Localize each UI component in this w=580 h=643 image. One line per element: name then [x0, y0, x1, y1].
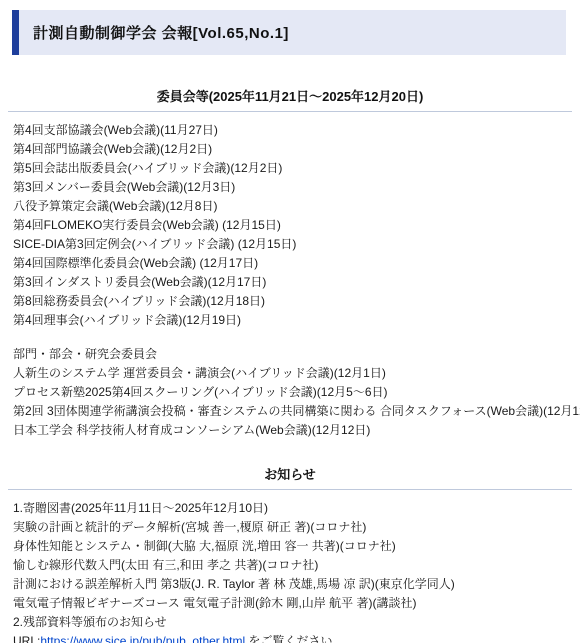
notice-item: 愉しむ線形代数入門(太田 有三,和田 孝之 共著)(コロナ社)	[13, 556, 572, 575]
committee-section-heading: 委員会等(2025年11月21日～2025年12月20日)	[0, 86, 580, 105]
committee-item: 八役予算策定会議(Web会議)(12月8日)	[13, 197, 572, 216]
division-list-heading: 部門・部会・研究会委員会	[13, 345, 572, 364]
url-label: URL:	[13, 634, 40, 643]
committee-item: 第3回インダストリ委員会(Web会議)(12月17日)	[13, 273, 572, 292]
committee-item: 第4回FLOMEKO実行委員会(Web会議) (12月15日)	[13, 216, 572, 235]
division-committee-item: 第2回 3団体関連学術講演会投稿・審査システムの共同構築に関わる 合同タスクフォ…	[13, 402, 572, 421]
committee-item: 第4回支部協議会(Web会議)(11月27日)	[13, 121, 572, 140]
committee-item: 第4回理事会(ハイブリッド会議)(12月19日)	[13, 311, 572, 330]
notice-section: お知らせ 1.寄贈図書(2025年11月11日～2025年12月10日) 実験の…	[0, 464, 580, 643]
notice-item: 実験の計画と統計的データ解析(宮城 善一,榎原 研正 著)(コロナ社)	[13, 518, 572, 537]
notice-item: 身体性知能とシステム・制御(大脇 大,福原 洸,増田 容一 共著)(コロナ社)	[13, 537, 572, 556]
notice-item: 計測における誤差解析入門 第3版(J. R. Taylor 著 林 茂雄,馬場 …	[13, 575, 572, 594]
division-committee-item: 人新生のシステム学 運営委員会・講演会(ハイブリッド会議)(12月1日)	[13, 364, 572, 383]
notice-item: 2.残部資料等頒布のお知らせ	[13, 613, 572, 632]
committee-item: 第3回メンバー委員会(Web会議)(12月3日)	[13, 178, 572, 197]
notice-list: 1.寄贈図書(2025年11月11日～2025年12月10日) 実験の計画と統計…	[13, 499, 572, 643]
committee-item: 第8回総務委員会(ハイブリッド会議)(12月18日)	[13, 292, 572, 311]
committee-item: 第5回会誌出版委員会(ハイブリッド会議)(12月2日)	[13, 159, 572, 178]
notice-section-heading: お知らせ	[0, 464, 580, 483]
committee-section: 委員会等(2025年11月21日～2025年12月20日) 第4回支部協議会(W…	[0, 86, 580, 440]
notice-url-line: URL:https://www.sice.jp/pub/pub_other.ht…	[13, 632, 572, 643]
page-header: 計測自動制御学会 会報[Vol.65,No.1]	[12, 10, 566, 55]
committee-item: 第4回国際標準化委員会(Web会議) (12月17日)	[13, 254, 572, 273]
notice-item: 電気電子情報ビギナーズコース 電気電子計測(鈴木 剛,山岸 航平 著)(講談社)	[13, 594, 572, 613]
committee-list: 第4回支部協議会(Web会議)(11月27日) 第4回部門協議会(Web会議)(…	[13, 121, 572, 330]
division-committee-list: 部門・部会・研究会委員会 人新生のシステム学 運営委員会・講演会(ハイブリッド会…	[13, 345, 572, 440]
committee-item: 第4回部門協議会(Web会議)(12月2日)	[13, 140, 572, 159]
division-committee-item: 日本工学会 科学技術人材育成コンソーシアム(Web会議)(12月12日)	[13, 421, 572, 440]
url-suffix-text: をご覧ください.	[245, 634, 336, 643]
division-committee-item: プロセス新塾2025第4回スクーリング(ハイブリッド会議)(12月5～6日)	[13, 383, 572, 402]
notice-item: 1.寄贈図書(2025年11月11日～2025年12月10日)	[13, 499, 572, 518]
committee-item: SICE-DIA第3回定例会(ハイブリッド会議) (12月15日)	[13, 235, 572, 254]
committee-heading-rule	[8, 111, 572, 112]
page-title: 計測自動制御学会 会報[Vol.65,No.1]	[33, 22, 556, 43]
notice-heading-rule	[8, 489, 572, 490]
pub-other-link[interactable]: https://www.sice.jp/pub/pub_other.html	[40, 634, 245, 643]
